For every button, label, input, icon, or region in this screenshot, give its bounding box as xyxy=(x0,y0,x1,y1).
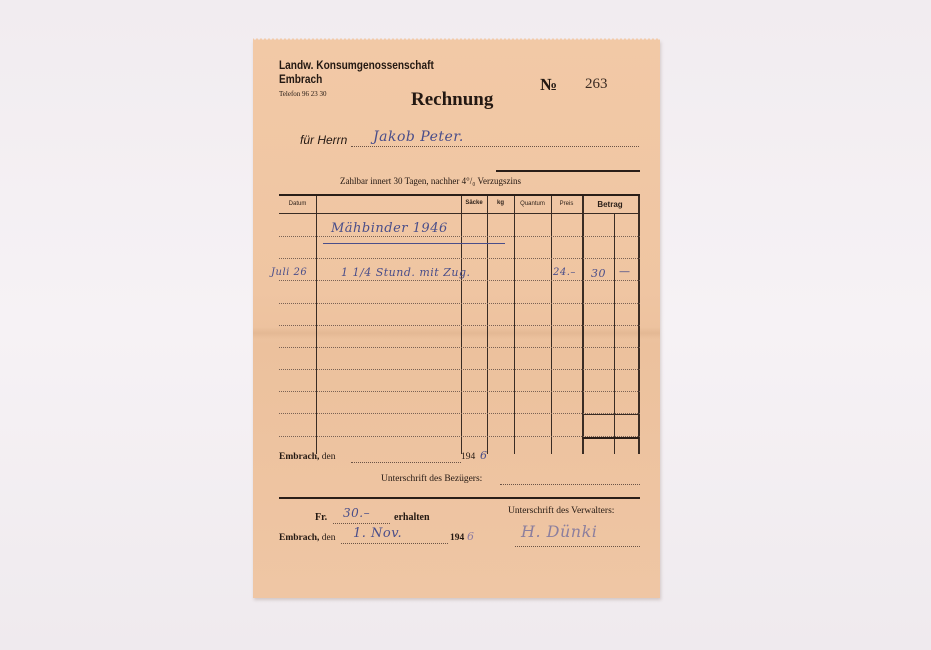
company-name: Landw. Konsumgenossenschaft xyxy=(279,60,434,72)
recipient-name: Jakob Peter. xyxy=(373,129,464,145)
recipient-line xyxy=(351,146,639,147)
invoice-paper: Landw. Konsumgenossenschaft Embrach Tele… xyxy=(253,40,660,598)
manager-signature-line xyxy=(515,546,640,547)
received-amount: 30.– xyxy=(343,506,370,520)
receipt-date: 1. Nov. xyxy=(353,526,402,541)
header-quantum: Quantum xyxy=(514,201,551,207)
total-line xyxy=(582,437,639,439)
row-amount-fr: 30 xyxy=(591,267,606,280)
receipt-date-line xyxy=(341,543,448,544)
receipt-year-suffix: 6 xyxy=(467,530,475,543)
row-line xyxy=(279,325,640,326)
receipt-place: Embrach, xyxy=(279,533,319,543)
subtotal-line xyxy=(582,414,639,415)
handwritten-underline xyxy=(323,243,505,244)
date-line xyxy=(351,462,461,463)
perforated-edge xyxy=(253,38,660,42)
year-prefix: 194 xyxy=(461,452,475,462)
row-line xyxy=(279,347,640,348)
table-header-border xyxy=(279,213,640,214)
row-line xyxy=(279,391,640,392)
section-divider xyxy=(279,497,640,499)
table-top-border xyxy=(279,194,640,196)
document-title: Rechnung xyxy=(411,89,493,111)
row-line xyxy=(279,369,640,370)
recipient-label: für Herrn xyxy=(300,133,347,147)
buyer-signature-label: Unterschrift des Bezügers: xyxy=(381,474,482,484)
row-description: 1 1/4 Stund. mit Zug. xyxy=(341,266,471,279)
company-place: Embrach xyxy=(279,74,322,86)
number-label: № xyxy=(540,75,557,95)
row-line xyxy=(279,280,640,281)
row-line xyxy=(279,303,640,304)
manager-signature: H. Dünki xyxy=(521,522,597,541)
header-kg: kg xyxy=(487,200,514,206)
place: Embrach, xyxy=(279,452,319,462)
row-line xyxy=(279,258,640,259)
row-date: Juli 26 xyxy=(271,267,307,278)
invoice-number: 263 xyxy=(585,76,608,93)
address-rule xyxy=(496,170,640,172)
received-label: erhalten xyxy=(394,512,430,523)
year-suffix: 6 xyxy=(480,449,488,462)
header-saecke: Säcke xyxy=(461,200,487,206)
header-preis: Preis xyxy=(551,201,582,207)
amount-line xyxy=(333,523,390,524)
fr-label: Fr. xyxy=(315,512,327,523)
receipt-place-date: Embrach, den xyxy=(279,533,335,543)
paper-fold xyxy=(253,327,660,339)
buyer-signature-line xyxy=(500,484,640,485)
row-line xyxy=(279,236,640,237)
place-date: Embrach, den xyxy=(279,452,335,462)
payment-terms: Zahlbar innert 30 Tagen, nachher 4°/₀ Ve… xyxy=(340,176,521,186)
receipt-den-label: den xyxy=(322,533,336,543)
row-amount-rp: — xyxy=(619,265,631,278)
den-label: den xyxy=(322,452,336,462)
col-line xyxy=(614,213,615,454)
company-phone: Telefon 96 23 30 xyxy=(279,90,327,98)
header-betrag: Betrag xyxy=(582,200,638,209)
receipt-year-prefix: 194 xyxy=(450,533,464,543)
manager-signature-label: Unterschrift des Verwalters: xyxy=(508,506,614,516)
row-price: 24.– xyxy=(553,267,576,278)
header-datum: Datum xyxy=(279,201,316,207)
row-description: Mähbinder 1946 xyxy=(331,221,448,236)
